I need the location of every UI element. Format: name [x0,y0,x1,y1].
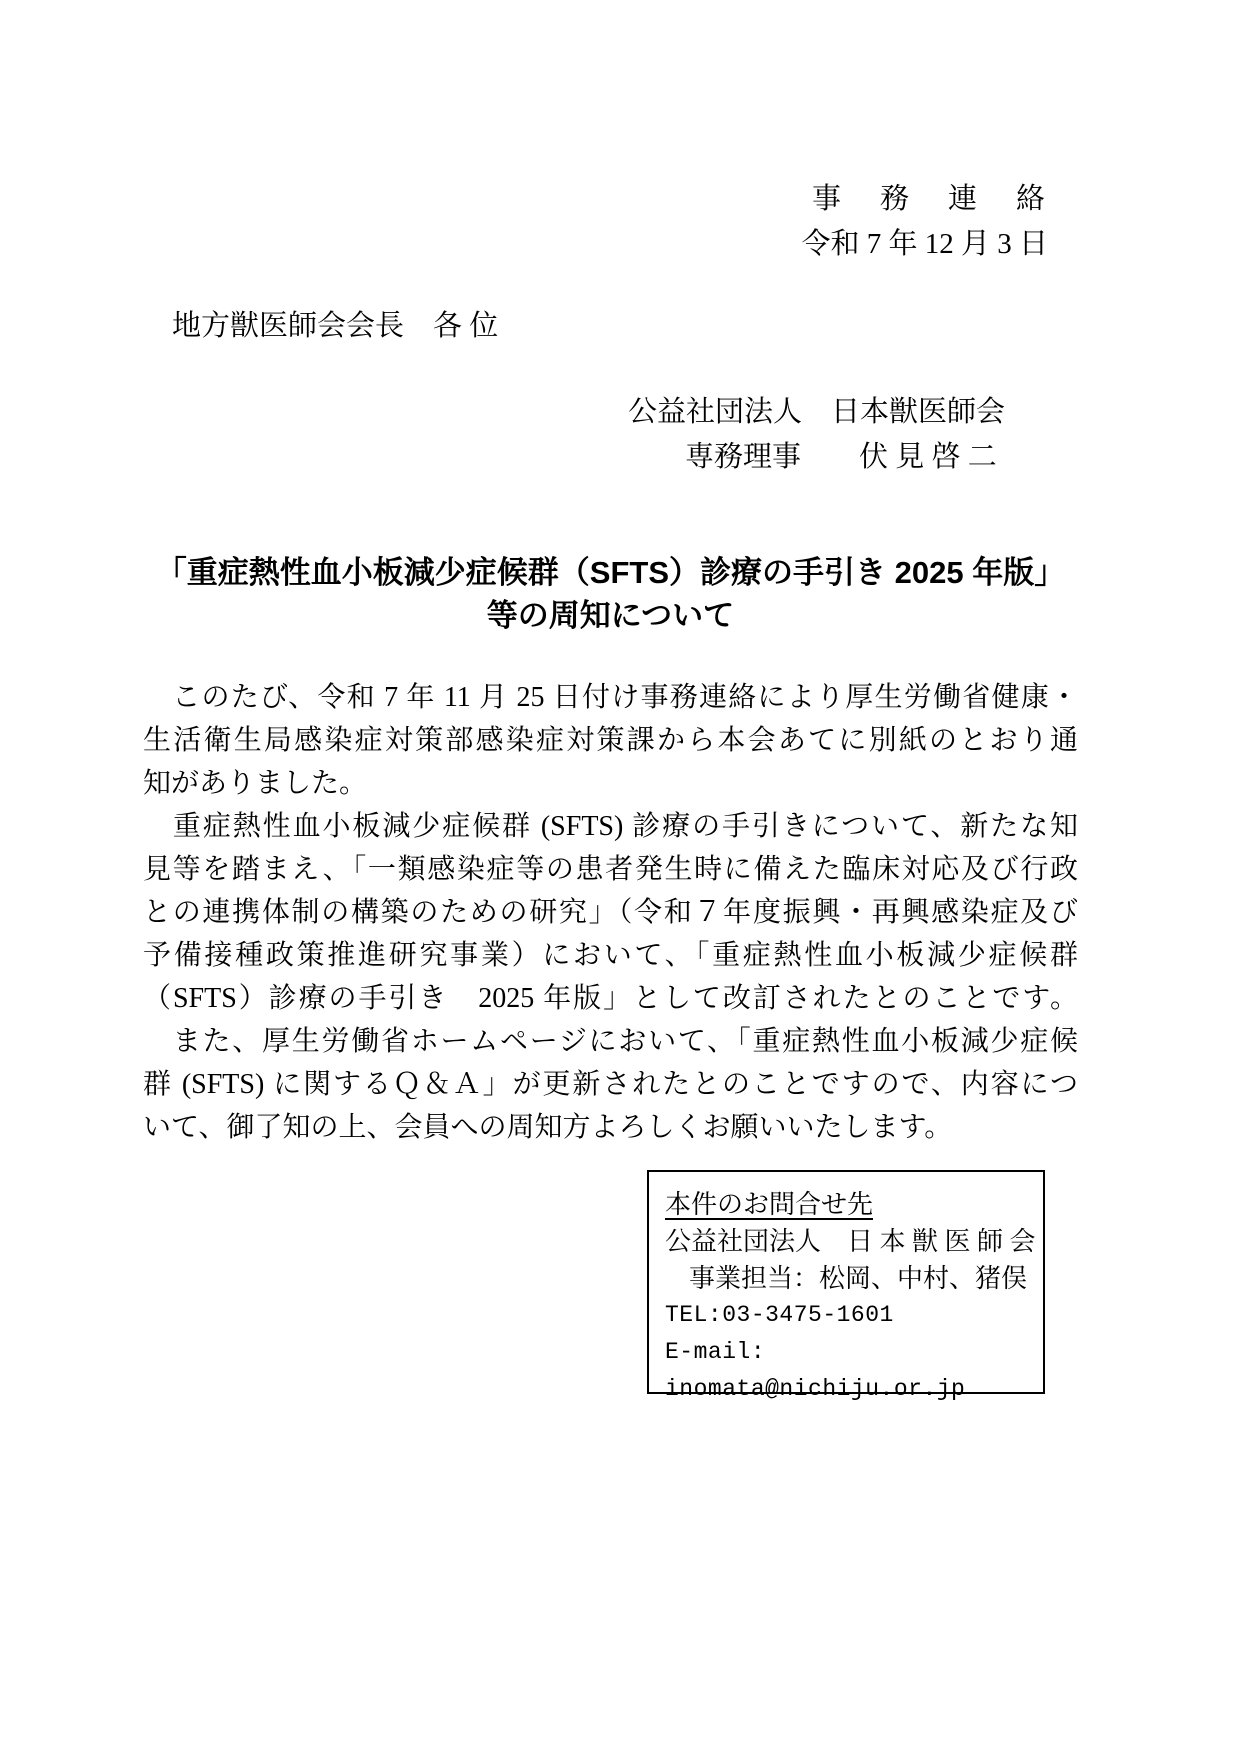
body-line: 見等を踏まえ、「一類感染症等の患者発生時に備えた臨床対応及び行政 [143,848,1078,891]
contact-heading: 本件のお問合せ先 [665,1186,1027,1223]
document-page: 事 務 連 絡 令和 7 年 12 月 3 日 地方獣医師会会長 各 位 公益社… [0,0,1241,1755]
doc-type-label: 事 務 連 絡 [812,176,1050,217]
document-title-line2: 等の周知について [143,594,1078,637]
body-text: このたび、令和 7 年 11 月 25 日付け事務連絡により厚生労働省健康・ 生… [143,676,1078,1149]
body-line: 重症熱性血小板減少症候群 (SFTS) 診療の手引きについて、新たな知 [143,805,1078,848]
document-title-line1: 「重症熱性血小板減少症候群（SFTS）診療の手引き 2025 年版」 [143,551,1078,594]
contact-organization: 公益社団法人 日 本 獣 医 師 会 [665,1223,1027,1260]
contact-staff: 事業担当：松岡、中村、猪俣 [665,1260,1027,1297]
body-line: 予備接種政策推進研究事業）において、「重症熱性血小板減少症候群 [143,934,1078,977]
body-line: 知がありました。 [143,762,1078,805]
doc-date: 令和 7 年 12 月 3 日 [801,221,1048,262]
sender-organization: 公益社団法人 日本獣医師会 [628,389,1005,430]
body-line: いて、御了知の上、会員への周知方よろしくお願いいたします。 [143,1106,1078,1149]
document-title: 「重症熱性血小板減少症候群（SFTS）診療の手引き 2025 年版」 等の周知に… [143,551,1078,637]
body-line: 生活衛生局感染症対策部感染症対策課から本会あてに別紙のとおり通 [143,719,1078,762]
contact-email: E-mail: inomata@nichiju.or.jp [665,1334,1027,1408]
body-line: 群 (SFTS) に関するＱ＆Ａ」が更新されたとのことですので、内容につ [143,1063,1078,1106]
body-line: また、厚生労働省ホームページにおいて、「重症熱性血小板減少症候 [143,1020,1078,1063]
addressee-line: 地方獣医師会会長 各 位 [172,303,498,344]
contact-telephone: TEL:03-3475-1601 [665,1297,1027,1334]
body-line: このたび、令和 7 年 11 月 25 日付け事務連絡により厚生労働省健康・ [143,676,1078,719]
sender-representative: 専務理事 伏 見 啓 二 [685,434,997,475]
body-line: （SFTS）診療の手引き 2025 年版」として改訂されたとのことです。 [143,977,1078,1020]
contact-box: 本件のお問合せ先 公益社団法人 日 本 獣 医 師 会 事業担当：松岡、中村、猪… [647,1170,1045,1394]
body-line: との連携体制の構築のための研究」（令和７年度振興・再興感染症及び [143,891,1078,934]
